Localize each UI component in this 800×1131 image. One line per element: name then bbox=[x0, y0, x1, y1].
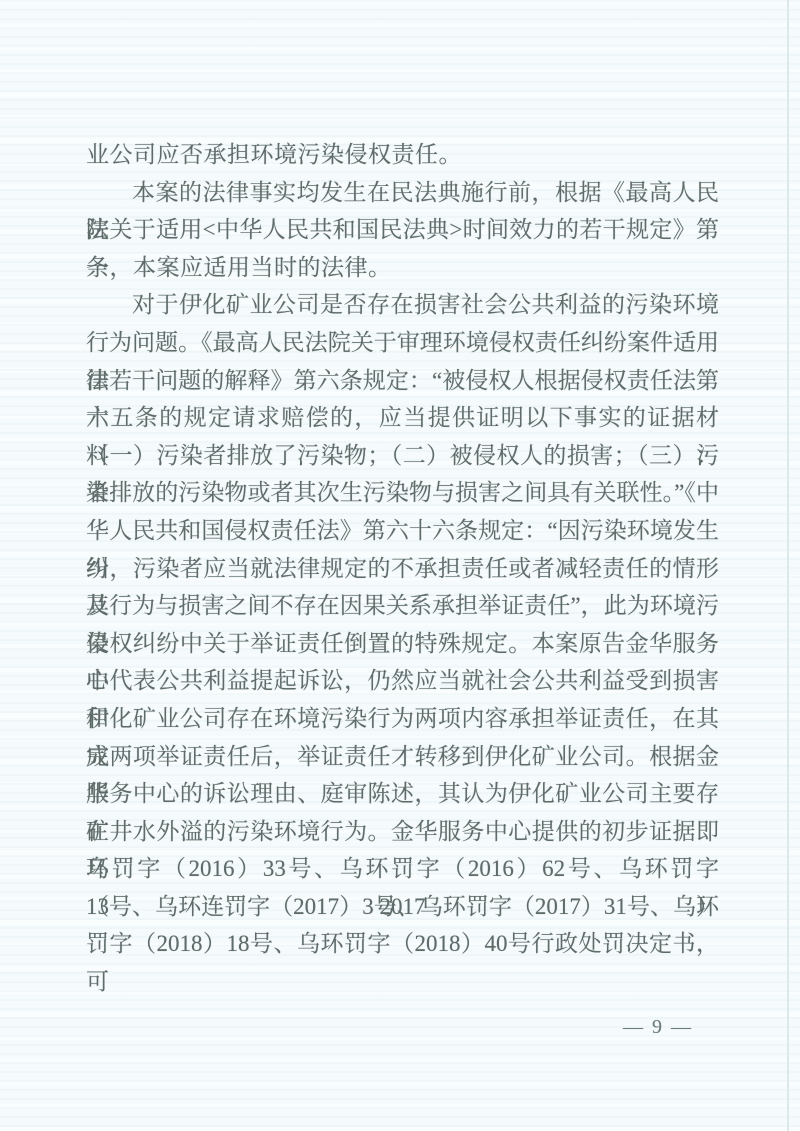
text-line: 环罚字（2016）33号、乌环罚字（2016）62号、乌环罚字（2017） bbox=[86, 850, 719, 888]
text-line: 服务中心的诉讼理由、庭审陈述，其认为伊化矿业公司主要存在 bbox=[86, 775, 719, 813]
text-line: 成两项举证责任后，举证责任才转移到伊化矿业公司。根据金华 bbox=[86, 738, 719, 776]
text-line: 条，本案应适用当时的法律。 bbox=[86, 249, 719, 287]
text-line: 心代表公共利益提起诉讼，仍然应当就社会公共利益受到损害和 bbox=[86, 662, 719, 700]
paragraph: 本案的法律事实均发生在民法典施行前，根据《最高人民法院关于适用<中华人民共和国民… bbox=[86, 174, 719, 287]
text-line: 矿井水外溢的污染环境行为。金华服务中心提供的初步证据即乌 bbox=[86, 813, 719, 851]
text-line: 行为问题。《最高人民法院关于审理环境侵权责任纠纷案件适用法 bbox=[86, 324, 719, 362]
paragraph: 对于伊化矿业公司是否存在损害社会公共利益的污染环境行为问题。《最高人民法院关于审… bbox=[86, 286, 719, 963]
text-line: 者排放的污染物或者其次生污染物与损害之间具有关联性。”《中 bbox=[86, 474, 719, 512]
text-line: 13号、乌环连罚字（2017）3号、乌环罚字（2017）31号、乌环 bbox=[86, 888, 719, 926]
text-line: 对于伊化矿业公司是否存在损害社会公共利益的污染环境 bbox=[86, 286, 719, 324]
page-number: — 9 — bbox=[610, 1016, 706, 1039]
text-line: 律若干问题的解释》第六条规定：“被侵权人根据侵权责任法第六 bbox=[86, 362, 719, 400]
text-line: （一）污染者排放了污染物；（二）被侵权人的损害；（三）污染 bbox=[86, 437, 719, 475]
paragraph: 业公司应否承担环境污染侵权责任。 bbox=[86, 136, 719, 174]
text-line: 业公司应否承担环境污染侵权责任。 bbox=[86, 136, 719, 174]
text-line: 其行为与损害之间不存在因果关系承担举证责任”，此为环境污染 bbox=[86, 587, 719, 625]
text-line: 侵权纠纷中关于举证责任倒置的特殊规定。本案原告金华服务中 bbox=[86, 625, 719, 663]
scan-edge-line bbox=[787, 0, 789, 1131]
document-page-body: 业公司应否承担环境污染侵权责任。本案的法律事实均发生在民法典施行前，根据《最高人… bbox=[86, 136, 719, 963]
text-line: 华人民共和国侵权责任法》第六十六条规定：“因污染环境发生纠 bbox=[86, 512, 719, 550]
text-line: 院关于适用<中华人民共和国民法典>时间效力的若干规定》第一 bbox=[86, 211, 719, 249]
text-line: 本案的法律事实均发生在民法典施行前，根据《最高人民法 bbox=[86, 174, 719, 212]
text-line: 罚字（2018）18号、乌环罚字（2018）40号行政处罚决定书，可 bbox=[86, 925, 719, 963]
text-line: 伊化矿业公司存在环境污染行为两项内容承担举证责任，在其完 bbox=[86, 700, 719, 738]
text-line: 十五条的规定请求赔偿的，应当提供证明以下事实的证据材料： bbox=[86, 399, 719, 437]
text-line: 纷，污染者应当就法律规定的不承担责任或者减轻责任的情形及 bbox=[86, 550, 719, 588]
